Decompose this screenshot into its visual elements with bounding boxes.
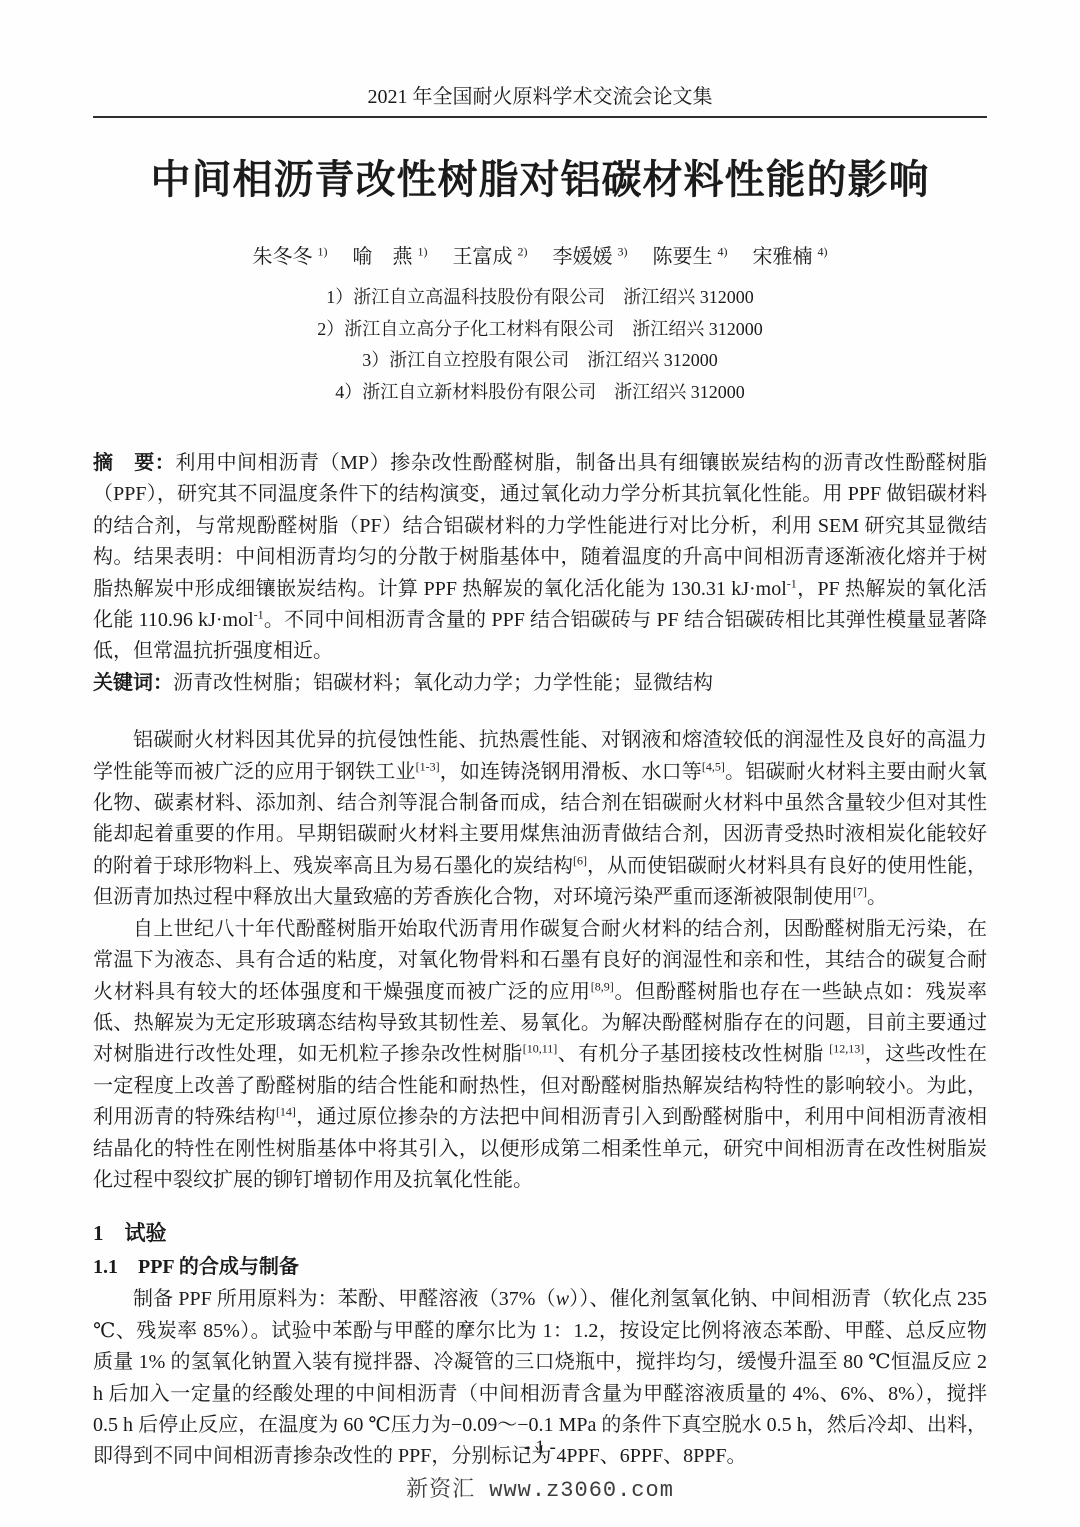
text-segment: 。: [867, 886, 887, 908]
superscript-segment: [10,11]: [523, 1042, 558, 1056]
superscript-segment: [12,13]: [829, 1042, 864, 1056]
page-header: 2021 年全国耐火原料学术交流会论文集: [93, 0, 987, 118]
affiliation-3: 3）浙江自立控股有限公司 浙江绍兴 312000: [0, 345, 1080, 377]
text-segment: ，如连铸浇钢用滑板、水口等: [440, 761, 702, 783]
superscript-segment: 1): [318, 244, 328, 258]
superscript-segment: [6]: [573, 853, 587, 867]
text-segment: 制备 PPF 所用原料为：苯酚、甲醛溶液（37%（: [133, 1288, 556, 1310]
affiliation-4: 4）浙江自立新材料股份有限公司 浙江绍兴 312000: [0, 377, 1080, 409]
paper-page: 2021 年全国耐火原料学术交流会论文集 中间相沥青改性树脂对铝碳材料性能的影响…: [0, 0, 1080, 1527]
text-segment: 关键词：: [93, 672, 173, 694]
abstract-text: 摘 要：利用中间相沥青（MP）掺杂改性酚醛树脂，制备出具有细镶嵌炭结构的沥青改性…: [93, 448, 987, 668]
text-segment: 朱冬冬: [253, 246, 318, 268]
abstract-block: 摘 要：利用中间相沥青（MP）掺杂改性酚醛树脂，制备出具有细镶嵌炭结构的沥青改性…: [93, 448, 987, 699]
text-segment: 喻 燕: [328, 246, 418, 268]
text-segment: 王富成: [428, 246, 518, 268]
intro-paragraph-1: 铝碳耐火材料因其优异的抗侵蚀性能、抗热震性能、对钢液和熔渣较低的润湿性及良好的高…: [93, 725, 987, 913]
affiliation-1: 1）浙江自立高温科技股份有限公司 浙江绍兴 312000: [0, 282, 1080, 314]
affiliation-2: 2）浙江自立高分子化工材料有限公司 浙江绍兴 312000: [0, 314, 1080, 346]
text-segment: 沥青改性树脂；铝碳材料；氧化动力学；力学性能；显微结构: [173, 672, 713, 694]
superscript-segment: 4): [818, 244, 828, 258]
page-number: - 1 -: [0, 1437, 1080, 1459]
proceedings-title: 2021 年全国耐火原料学术交流会论文集: [368, 86, 713, 108]
superscript-segment: 1): [418, 244, 428, 258]
superscript-segment: -1: [787, 576, 797, 590]
intro-paragraph-2: 自上世纪八十年代酚醛树脂开始取代沥青用作碳复合耐火材料的结合剂，因酚醛树脂无污染…: [93, 914, 987, 1197]
superscript-segment: [1-3]: [416, 759, 440, 773]
text-segment: 、有机分子基团接枝改性树脂: [557, 1043, 829, 1065]
superscript-segment: 4): [718, 244, 728, 258]
superscript-segment: [14]: [276, 1104, 296, 1118]
paper-title: 中间相沥青改性树脂对铝碳材料性能的影响: [93, 154, 987, 206]
text-segment: 陈要生: [628, 246, 718, 268]
keywords-line: 关键词：沥青改性树脂；铝碳材料；氧化动力学；力学性能；显微结构: [93, 668, 987, 699]
text-segment: 宋雅楠: [728, 246, 818, 268]
author-line: 朱冬冬 1) 喻 燕 1) 王富成 2) 李媛媛 3) 陈要生 4) 宋雅楠 4…: [93, 244, 987, 270]
superscript-segment: [4,5]: [702, 759, 725, 773]
text-segment: w: [556, 1288, 569, 1310]
text-segment: 李媛媛: [528, 246, 618, 268]
section-1-heading: 1 试验: [93, 1218, 987, 1248]
introduction: 铝碳耐火材料因其优异的抗侵蚀性能、抗热震性能、对钢液和熔渣较低的润湿性及良好的高…: [93, 725, 987, 1196]
watermark: 新资汇 www.z3060.com: [0, 1472, 1080, 1503]
text-segment: 摘 要：: [93, 452, 175, 474]
superscript-segment: [7]: [853, 885, 867, 899]
superscript-segment: 2): [518, 244, 528, 258]
section-1-1-heading: 1.1 PPF 的合成与制备: [93, 1252, 987, 1282]
superscript-segment: [8,9]: [591, 979, 614, 993]
superscript-segment: -1: [254, 607, 264, 621]
affiliations: 1）浙江自立高温科技股份有限公司 浙江绍兴 312000 2）浙江自立高分子化工…: [0, 282, 1080, 408]
superscript-segment: 3): [618, 244, 628, 258]
